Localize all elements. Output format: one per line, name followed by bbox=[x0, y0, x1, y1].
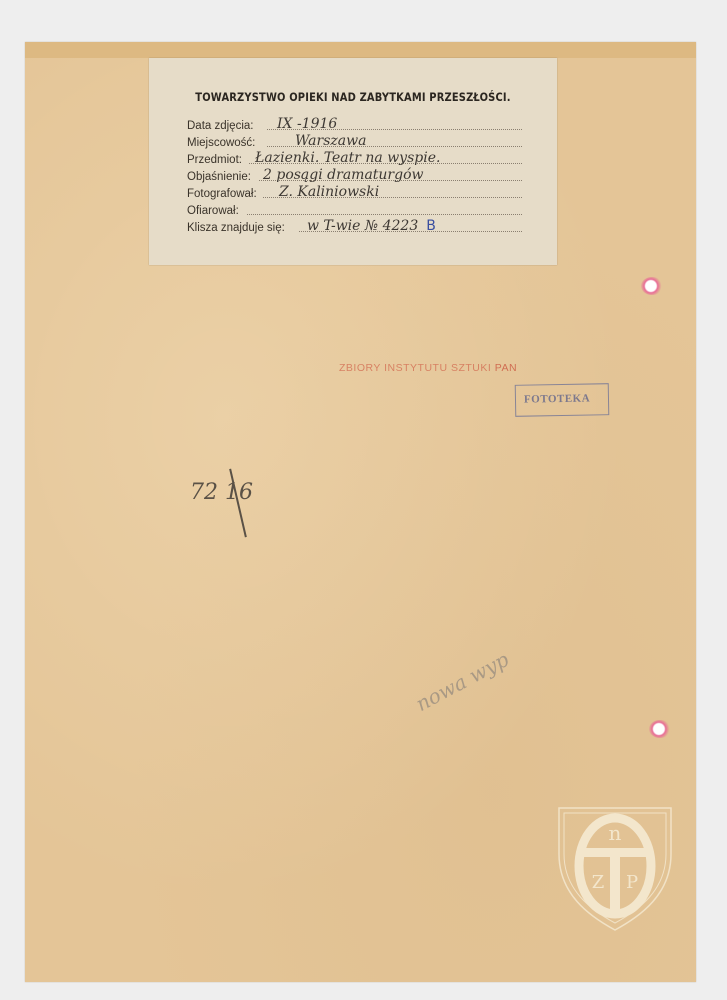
paper-top-strip bbox=[25, 42, 696, 58]
field-value: IX -1916 bbox=[277, 116, 337, 132]
svg-text:P: P bbox=[626, 872, 638, 893]
dotted-line bbox=[247, 214, 522, 215]
negative-suffix: B bbox=[426, 218, 436, 234]
fototeka-stamp-text: FOTOTEKA bbox=[524, 393, 590, 406]
collection-stamp: ZBIORY INSTYTUTU SZTUKI PAN bbox=[339, 362, 517, 374]
field-row-date: Data zdjęcia: IX -1916 bbox=[187, 116, 522, 133]
field-row-photographer: Fotografował: Z. Kaliniowski bbox=[187, 184, 522, 201]
svg-text:n: n bbox=[609, 821, 622, 845]
negative-number: w T-wie № 4223 bbox=[307, 218, 418, 234]
shield-crest-icon: n Z P bbox=[555, 804, 675, 934]
field-value: Warszawa bbox=[295, 133, 366, 149]
label-card: TOWARZYSTWO OPIEKI NAD ZABYTKAMI PRZESZŁ… bbox=[149, 58, 557, 265]
fototeka-stamp: FOTOTEKA bbox=[515, 383, 610, 417]
field-value: Łazienki. Teatr na wyspie. bbox=[255, 150, 440, 166]
svg-text:Z: Z bbox=[592, 872, 605, 893]
collection-stamp-suffix: PAN bbox=[495, 362, 517, 374]
pencil-note: nowa wyp bbox=[412, 647, 513, 716]
field-row-place: Miejscowość: Warszawa bbox=[187, 133, 522, 150]
field-label: Przedmiot: bbox=[187, 154, 242, 166]
field-label: Miejscowość: bbox=[187, 137, 255, 149]
field-row-description: Objaśnienie: 2 posągi dramaturgów bbox=[187, 167, 522, 184]
document-sheet: TOWARZYSTWO OPIEKI NAD ZABYTKAMI PRZESZŁ… bbox=[25, 42, 696, 982]
field-label: Ofiarował: bbox=[187, 205, 239, 217]
pencil-catalog-number: 72 16 bbox=[190, 480, 253, 505]
card-title: TOWARZYSTWO OPIEKI NAD ZABYTKAMI PRZESZŁ… bbox=[178, 90, 529, 104]
field-value: w T-wie № 4223B bbox=[307, 218, 436, 234]
field-row-donor: Ofiarował: bbox=[187, 201, 522, 218]
field-value: 2 posągi dramaturgów bbox=[263, 167, 424, 183]
collection-stamp-text: ZBIORY INSTYTUTU SZTUKI bbox=[339, 362, 491, 374]
field-row-negative-location: Klisza znajduje się: w T-wie № 4223B bbox=[187, 218, 522, 235]
field-label: Objaśnienie: bbox=[187, 171, 251, 183]
field-label: Data zdjęcia: bbox=[187, 120, 253, 132]
punch-hole-bottom bbox=[649, 720, 671, 738]
field-value: Z. Kaliniowski bbox=[279, 184, 379, 200]
field-row-subject: Przedmiot: Łazienki. Teatr na wyspie. bbox=[187, 150, 522, 167]
punch-hole-top bbox=[641, 277, 663, 295]
field-label: Fotografował: bbox=[187, 188, 257, 200]
field-label: Klisza znajduje się: bbox=[187, 222, 285, 234]
